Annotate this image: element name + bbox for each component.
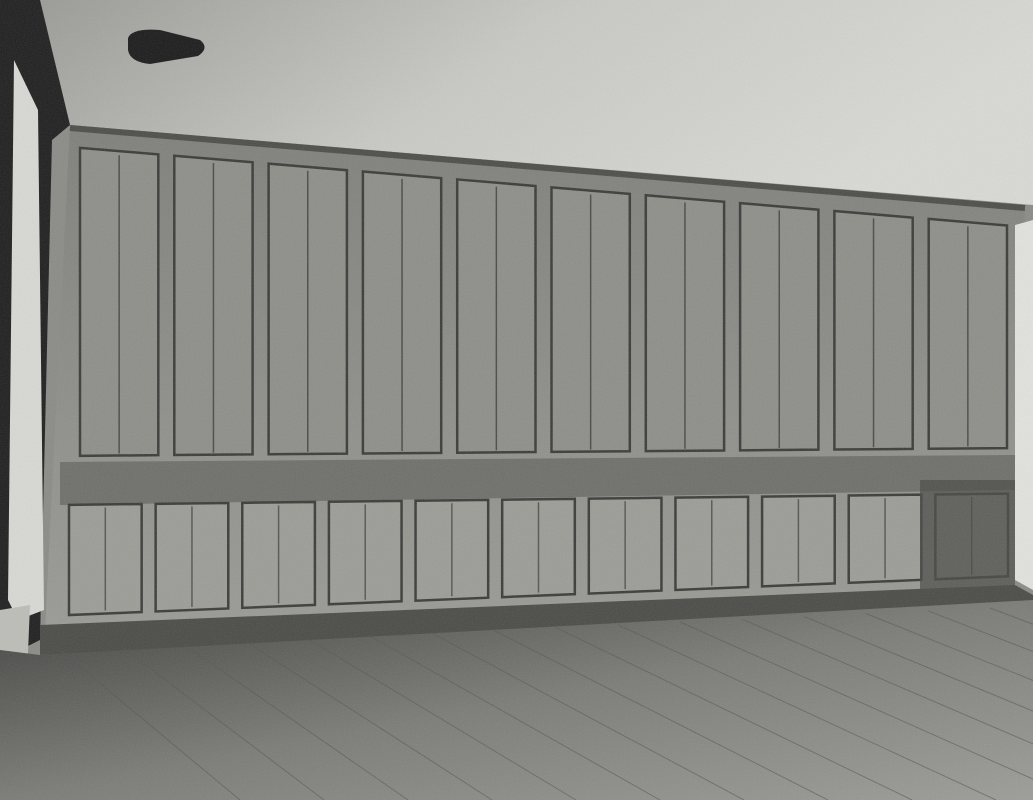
room-illustration — [0, 0, 1033, 800]
film-grain — [0, 0, 1033, 800]
room-photograph — [0, 0, 1033, 800]
